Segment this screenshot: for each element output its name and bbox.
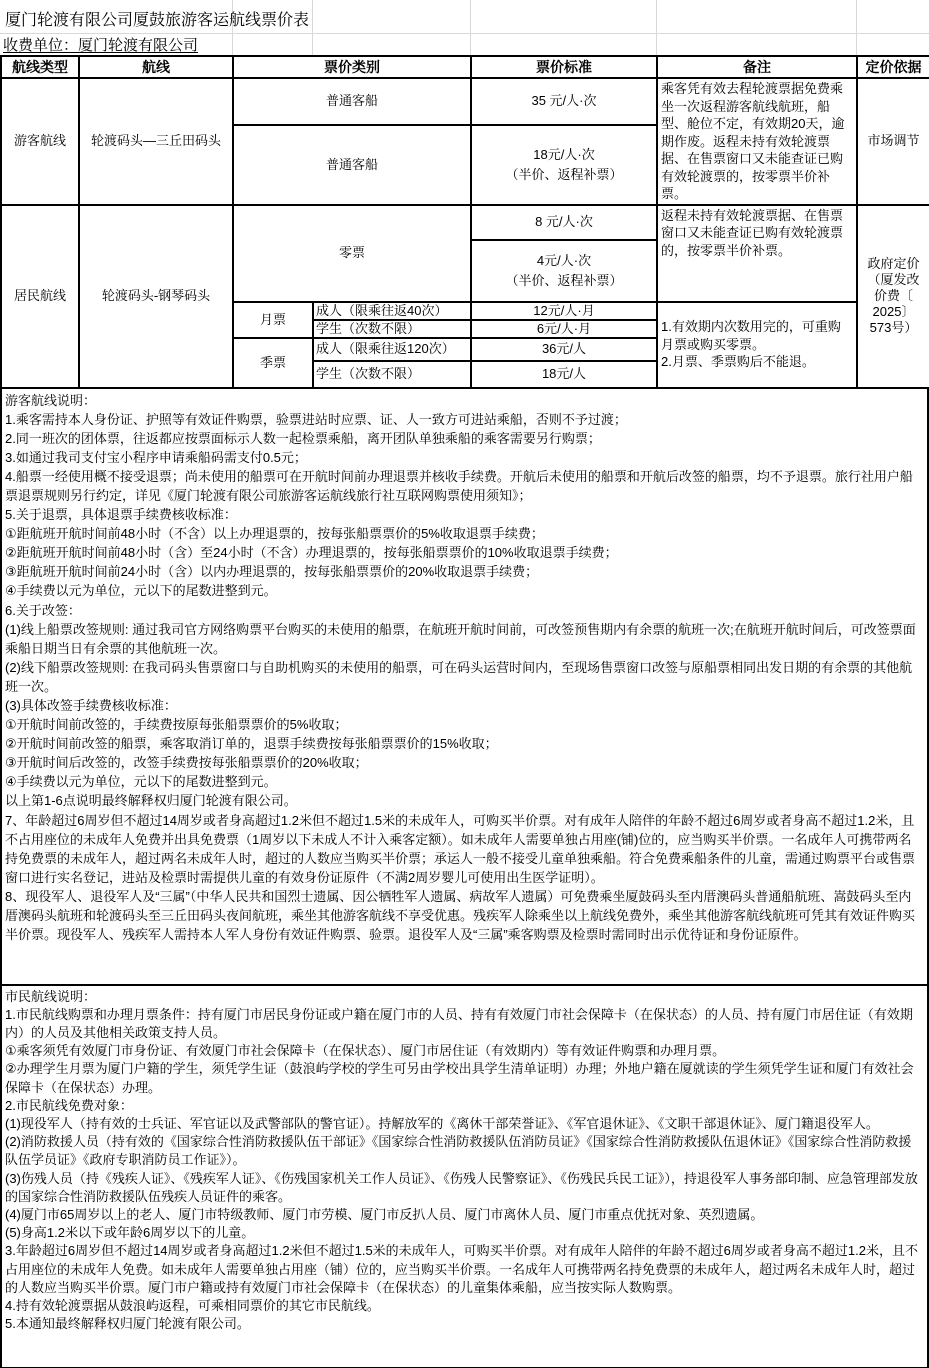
note-paragraph: 5.本通知最终解释权归厦门轮渡有限公司。 — [5, 1315, 923, 1333]
fare-notice-page: 厦门轮渡有限公司厦鼓旅游客运航线票价表 收费单位：厦门轮渡有限公司 航线类型 航… — [0, 0, 929, 1368]
note-paragraph: (4)厦门市65周岁以上的老人、厦门市特级教师、厦门市劳模、厦门市反扒人员、厦门… — [5, 1206, 923, 1224]
gridline — [656, 0, 657, 55]
note-paragraph: ②开航时间前改签的船票，乘客取消订单的，退票手续费按每张船票票价的15%收取； — [5, 734, 923, 753]
note-paragraph: (1)线上船票改签规则: 通过我司官方网络购票平台购买的未使用的船票，在航班开航… — [5, 620, 923, 658]
tourist-route-type-cell: 游客航线 — [1, 78, 79, 205]
tourist-remark-cell: 乘客凭有效去程轮渡票据免费乘坐一次返程游客航线航班，船型、舱位不定，有效期20天… — [657, 78, 857, 205]
title-block: 厦门轮渡有限公司厦鼓旅游客运航线票价表 收费单位：厦门轮渡有限公司 — [0, 0, 929, 55]
monthly-adult-category-cell: 成人（限乘往返40次） — [313, 302, 471, 320]
note-paragraph: (5)身高1.2米以下或年龄6周岁以下的儿童。 — [5, 1224, 923, 1242]
note-paragraph: (2)线下船票改签规则: 在我司码头售票窗口与自助机购买的未使用的船票，可在码头… — [5, 658, 923, 696]
note-paragraph: 1.市民航线购票和办理月票条件：持有厦门市居民身份证或户籍在厦门市的人员、持有有… — [5, 1006, 923, 1042]
note-paragraph: 游客航线说明： — [5, 391, 923, 410]
gridline — [312, 0, 313, 55]
resident-zero-label-cell: 零票 — [233, 205, 471, 302]
gridline — [856, 0, 857, 55]
quarterly-student-price-cell: 18元/人 — [471, 361, 657, 388]
tourist-full-price-cell: 35 元/人·次 — [471, 78, 657, 125]
note-paragraph: (3)具体改签手续费核收标准： — [5, 696, 923, 715]
monthly-student-price-cell: 6元/人·月 — [471, 320, 657, 338]
note-paragraph: 2.同一班次的团体票，往返都应按票面标示人数一起检票乘船，离开团队单独乘船的乘客… — [5, 429, 923, 448]
tourist-route-cell: 轮渡码头—三丘田码头 — [79, 78, 233, 205]
resident-zero-full-price-cell: 8 元/人·次 — [471, 205, 657, 240]
resident-zero-remark-cell: 返程未持有效轮渡票据、在售票窗口又未能查证已购有效轮渡票的，按零票半价补票。 — [657, 205, 857, 302]
note-paragraph: ③距航班开航时间前24小时（含）以内办理退票的，按每张船票票价的20%收取退票手… — [5, 562, 923, 581]
tourist-half-price-cell: 18元/人·次 （半价、返程补票） — [471, 125, 657, 205]
note-paragraph: 4.船票一经使用概不接受退票；尚未使用的船票可在开航时间前办理退票并核收手续费。… — [5, 467, 923, 505]
note-paragraph: ③开航时间后改签的，改签手续费按每张船票票价的20%收取； — [5, 753, 923, 772]
quarterly-pass-label-cell: 季票 — [233, 338, 313, 388]
citizen-notes-section: 市民航线说明：1.市民航线购票和办理月票条件：持有厦门市居民身份证或户籍在厦门市… — [0, 986, 929, 1368]
tourist-half-category-cell: 普通客船 — [233, 125, 471, 205]
col-header-pricing-basis: 定价依据 — [857, 56, 929, 78]
pass-remark-cell: 1.有效期内次数用完的，可重购月票或购买零票。 2.月票、季票购后不能退。 — [657, 302, 857, 388]
monthly-pass-label-cell: 月票 — [233, 302, 313, 338]
table-row: 居民航线 轮渡码头-钢琴码头 零票 8 元/人·次 返程未持有效轮渡票据、在售票… — [1, 205, 929, 240]
note-paragraph: ①乘客须凭有效厦门市身份证、有效厦门市社会保障卡（在保状态）、厦门市居住证（有效… — [5, 1042, 923, 1060]
note-paragraph: 3.年龄超过6周岁但不超过14周岁或者身高超过1.2米但不超过1.5米的未成年人… — [5, 1242, 923, 1297]
col-header-remark: 备注 — [657, 56, 857, 78]
quarterly-adult-price-cell: 36元/人 — [471, 338, 657, 361]
col-header-route-type: 航线类型 — [1, 56, 79, 78]
note-paragraph: 8、现役军人、退役军人及“三属”（中华人民共和国烈士遗属、因公牺牲军人遗属、病故… — [5, 887, 923, 944]
tourist-full-category-cell: 普通客船 — [233, 78, 471, 125]
table-row: 游客航线 轮渡码头—三丘田码头 普通客船 35 元/人·次 乘客凭有效去程轮渡票… — [1, 78, 929, 125]
quarterly-student-category-cell: 学生（次数不限） — [313, 361, 471, 388]
note-paragraph: 3.如通过我司支付宝小程序申请乘船码需支付0.5元； — [5, 448, 923, 467]
note-paragraph: ④手续费以元为单位，元以下的尾数进整到元。 — [5, 772, 923, 791]
resident-route-cell: 轮渡码头-钢琴码头 — [79, 205, 233, 388]
note-paragraph: ①距航班开航时间前48小时（不含）以上办理退票的，按每张船票票价的5%收取退票手… — [5, 524, 923, 543]
note-paragraph: 6.关于改签： — [5, 601, 923, 620]
note-paragraph: 2.市民航线免费对象： — [5, 1097, 923, 1115]
note-paragraph: 市民航线说明： — [5, 988, 923, 1006]
note-paragraph: (3)伤残人员（持《残疾人证》、《残疾军人证》、《伤残国家机关工作人员证》、《伤… — [5, 1170, 923, 1206]
gridline — [470, 0, 471, 55]
table-header-row: 航线类型 航线 票价类别 票价标准 备注 定价依据 — [1, 56, 929, 78]
monthly-adult-price-cell: 12元/人·月 — [471, 302, 657, 320]
note-paragraph: 7、年龄超过6周岁但不超过14周岁或者身高超过1.2米但不超过1.5米的未成年人… — [5, 811, 923, 887]
tourist-basis-cell: 市场调节 — [857, 78, 929, 205]
note-paragraph: ②办理学生月票为厦门户籍的学生，须凭学生证（鼓浪屿学校的学生可另由学校出具学生清… — [5, 1060, 923, 1096]
monthly-student-category-cell: 学生（次数不限） — [313, 320, 471, 338]
quarterly-adult-category-cell: 成人（限乘往返120次） — [313, 338, 471, 361]
note-paragraph: 以上第1-6点说明最终解释权归厦门轮渡有限公司。 — [5, 791, 923, 810]
note-paragraph: 5.关于退票，具体退票手续费核收标准： — [5, 505, 923, 524]
charge-unit-label: 收费单位：厦门轮渡有限公司 — [3, 34, 198, 55]
tourist-notes-section: 游客航线说明：1.乘客需持本人身份证、护照等有效证件购票，验票进站时应票、证、人… — [0, 389, 929, 986]
resident-route-type-cell: 居民航线 — [1, 205, 79, 388]
fare-table: 航线类型 航线 票价类别 票价标准 备注 定价依据 游客航线 轮渡码头—三丘田码… — [0, 55, 929, 389]
col-header-ticket-category: 票价类别 — [233, 56, 471, 78]
resident-zero-half-price-cell: 4元/人·次 （半价、返程补票） — [471, 240, 657, 302]
note-paragraph: 1.乘客需持本人身份证、护照等有效证件购票，验票进站时应票、证、人一致方可进站乘… — [5, 410, 923, 429]
note-paragraph: ①开航时间前改签的，手续费按原每张船票票价的5%收取； — [5, 715, 923, 734]
note-paragraph: (1)现役军人（持有效的士兵证、军官证以及武警部队的警官证）。持解放军的《离休干… — [5, 1115, 923, 1133]
page-title: 厦门轮渡有限公司厦鼓旅游客运航线票价表 — [5, 7, 309, 30]
note-paragraph: 4.持有效轮渡票据从鼓浪屿返程，可乘相同票价的其它市民航线。 — [5, 1297, 923, 1315]
note-paragraph: (2)消防救援人员（持有效的《国家综合性消防救援队伍干部证》《国家综合性消防救援… — [5, 1133, 923, 1169]
col-header-price-standard: 票价标准 — [471, 56, 657, 78]
note-paragraph: ④手续费以元为单位，元以下的尾数进整到元。 — [5, 581, 923, 600]
note-paragraph: ②距航班开航时间前48小时（含）至24小时（不含）办理退票的，按每张船票票价的1… — [5, 543, 923, 562]
col-header-route: 航线 — [79, 56, 233, 78]
resident-basis-cell: 政府定价 （厦发改 价费〔 2025〕 573号） — [857, 205, 929, 388]
